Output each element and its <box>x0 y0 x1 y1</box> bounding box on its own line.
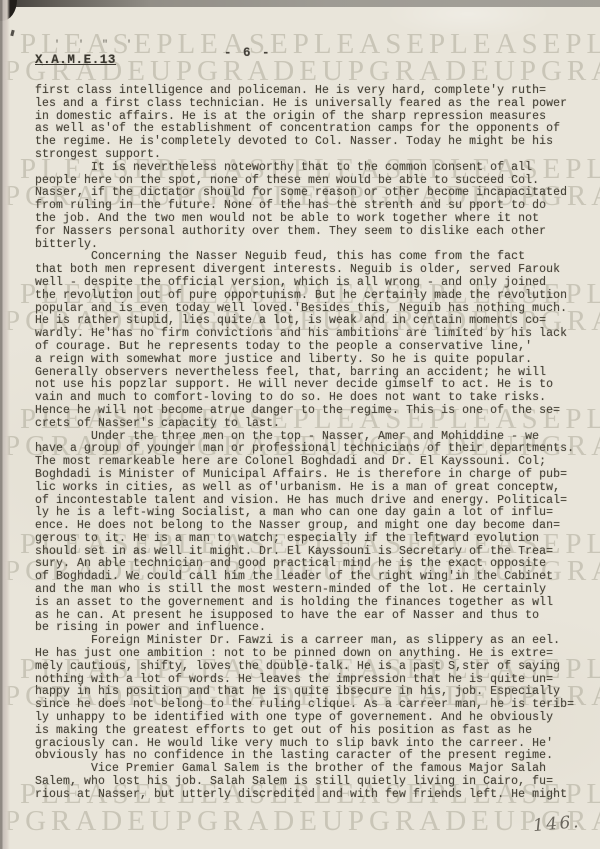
page-number: - 6 - <box>224 46 272 60</box>
scan-speck-artifact <box>10 30 14 37</box>
watermark-word: PLEASE <box>429 30 565 59</box>
watermark-word: PLEASE <box>565 30 600 59</box>
watermark-word-row: UPGRADEUPGRADEUPGRADEUPGRADEUPGRADE <box>0 807 600 836</box>
document-reference: X.A.M.E.13 <box>35 53 116 67</box>
typewriter-stray-marks: ′ ′ ″ ′ <box>54 40 138 51</box>
watermark-word: UPGRADE <box>150 807 322 836</box>
handwritten-page-number: 146. <box>532 812 581 836</box>
document-body-text: first class intelligence and policeman. … <box>35 85 574 802</box>
watermark-word: UPGRADE <box>150 57 322 86</box>
scanned-document-page: PLEASEPLEASEPLEASEPLEASEPLEASEUPGRADEUPG… <box>0 0 600 849</box>
watermark-word: PLEASE <box>293 30 429 59</box>
watermark-word: UPGRADE <box>322 57 494 86</box>
scan-edge-top <box>0 0 600 7</box>
watermark-word: UPGRADE <box>0 807 150 836</box>
watermark-word: UPGRADE <box>322 807 494 836</box>
scan-edge-left <box>0 0 10 849</box>
watermark-word: UPGRADE <box>494 57 600 86</box>
